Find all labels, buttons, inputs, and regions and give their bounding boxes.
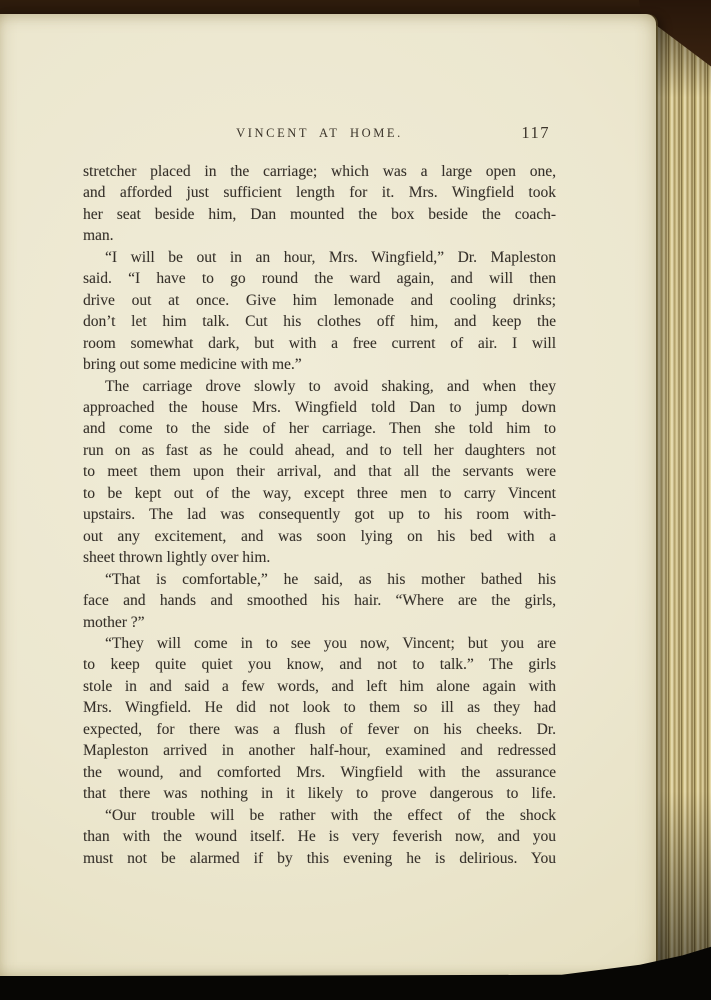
text-line: must not be alarmed if by this evening h… [83, 848, 556, 869]
page-number: 117 [521, 123, 550, 143]
text-line: to keep quite quiet you know, and not to… [83, 654, 556, 675]
running-title: VINCENT AT HOME. [83, 126, 556, 141]
text-line: The carriage drove slowly to avoid shaki… [83, 376, 556, 397]
text-line: Mapleston arrived in another half-hour, … [83, 740, 556, 761]
text-line: bring out some medicine with me.” [83, 354, 556, 375]
text-line: than with the wound itself. He is very f… [83, 826, 556, 847]
text-line: man. [83, 225, 556, 246]
text-line: “That is comfortable,” he said, as his m… [83, 569, 556, 590]
text-line: her seat beside him, Dan mounted the box… [83, 204, 556, 225]
text-line: said. “I have to go round the ward again… [83, 268, 556, 289]
text-line: don’t let him talk. Cut his clothes off … [83, 311, 556, 332]
text-line: run on as fast as he could ahead, and to… [83, 440, 556, 461]
text-line: the wound, and comforted Mrs. Wingfield … [83, 762, 556, 783]
text-line: Mrs. Wingfield. He did not look to them … [83, 697, 556, 718]
text-line: “I will be out in an hour, Mrs. Wingfiel… [83, 247, 556, 268]
book-photo: VINCENT AT HOME. 117 stretcher placed in… [0, 0, 711, 1000]
text-line: and come to the side of her carriage. Th… [83, 418, 556, 439]
text-line: sheet thrown lightly over him. [83, 547, 556, 568]
text-line: upstairs. The lad was consequently got u… [83, 504, 556, 525]
text-line: to meet them upon their arrival, and tha… [83, 461, 556, 482]
text-line: “They will come in to see you now, Vince… [83, 633, 556, 654]
text-line: stole in and said a few words, and left … [83, 676, 556, 697]
text-line: room somewhat dark, but with a free curr… [83, 333, 556, 354]
page-header: VINCENT AT HOME. 117 [83, 126, 556, 144]
page-body-text: stretcher placed in the carriage; which … [83, 161, 556, 869]
text-line: out any excitement, and was soon lying o… [83, 526, 556, 547]
text-line: stretcher placed in the carriage; which … [83, 161, 556, 182]
text-line: “Our trouble will be rather with the eff… [83, 805, 556, 826]
book-page: VINCENT AT HOME. 117 stretcher placed in… [0, 14, 656, 976]
text-line: drive out at once. Give him lemonade and… [83, 290, 556, 311]
text-line: that there was nothing in it likely to p… [83, 783, 556, 804]
text-line: face and hands and smoothed his hair. “W… [83, 590, 556, 611]
text-line: approached the house Mrs. Wingfield told… [83, 397, 556, 418]
text-line: to be kept out of the way, except three … [83, 483, 556, 504]
text-line: mother ?” [83, 612, 556, 633]
text-line: expected, for there was a flush of fever… [83, 719, 556, 740]
text-line: and afforded just sufficient length for … [83, 182, 556, 203]
